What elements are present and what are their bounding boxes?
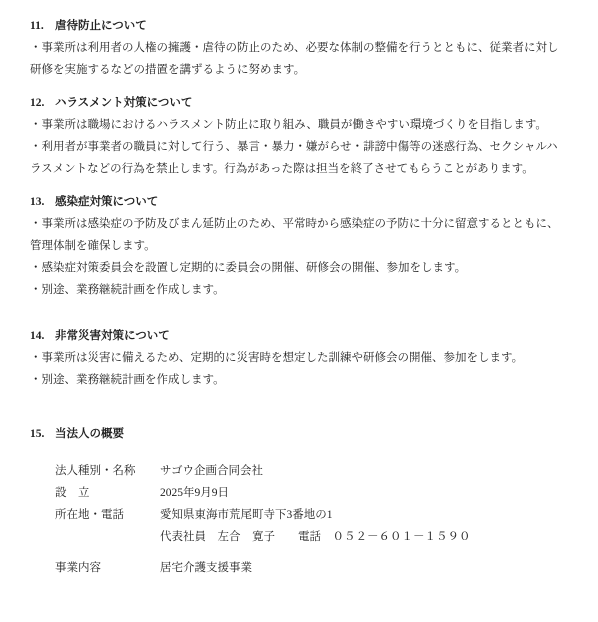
section-abuse-prevention: 11. 虐待防止について ・事業所は利用者の人権の擁護・虐待の防止のため、必要な… <box>30 15 570 81</box>
section-number: 13. <box>30 191 55 213</box>
paragraph-line: ・感染症対策委員会を設置し定期的に委員会の開催、研修会の開催、参加をします。 <box>30 257 570 279</box>
row-label <box>55 526 160 548</box>
row-label: 法人種別・名称 <box>55 460 160 482</box>
section-body: ・事業所は利用者の人権の擁護・虐待の防止のため、必要な体制の整備を行うとともに、… <box>30 37 570 81</box>
row-value: 2025年9月9日 <box>160 482 229 504</box>
paragraph-line: ・事業所は感染症の予防及びまん延防止のため、平常時から感染症の予防に十分に留意す… <box>30 213 570 235</box>
section-title: 感染症対策について <box>55 191 158 213</box>
row-value: サゴウ企画合同会社 <box>160 460 263 482</box>
section-title: ハラスメント対策について <box>55 92 192 114</box>
section-title: 虐待防止について <box>55 15 147 37</box>
table-row: 所在地・電話 愛知県東海市荒尾町寺下3番地の1 <box>55 504 570 526</box>
section-number: 12. <box>30 92 55 114</box>
section-number: 15. <box>30 423 55 445</box>
table-row: 事業内容 居宅介護支援事業 <box>55 557 570 579</box>
section-number: 14. <box>30 325 55 347</box>
table-row: 設 立 2025年9月9日 <box>55 482 570 504</box>
paragraph-line: ・利用者が事業者の職員に対して行う、暴言・暴力・嫌がらせ・誹謗中傷等の迷惑行為、… <box>30 136 570 158</box>
overview-table: 法人種別・名称 サゴウ企画合同会社 設 立 2025年9月9日 所在地・電話 愛… <box>30 460 570 579</box>
section-heading: 11. 虐待防止について <box>30 15 570 37</box>
paragraph-line: ・事業所は職場におけるハラスメント防止に取り組み、職員が働きやすい環境づくりを目… <box>30 114 570 136</box>
paragraph-line: ・事業所は利用者の人権の擁護・虐待の防止のため、必要な体制の整備を行うとともに、… <box>30 37 570 59</box>
section-title: 非常災害対策について <box>55 325 170 347</box>
row-label: 事業内容 <box>55 557 160 579</box>
section-heading: 13. 感染症対策について <box>30 191 570 213</box>
document-page: 11. 虐待防止について ・事業所は利用者の人権の擁護・虐待の防止のため、必要な… <box>0 0 598 622</box>
section-corporation-overview: 15. 当法人の概要 法人種別・名称 サゴウ企画合同会社 設 立 2025年9月… <box>30 423 570 579</box>
paragraph-line: 研修を実施するなどの措置を講ずるように努めます。 <box>30 59 570 81</box>
row-label: 所在地・電話 <box>55 504 160 526</box>
paragraph-line: ・別途、業務継続計画を作成します。 <box>30 279 570 301</box>
row-value: 愛知県東海市荒尾町寺下3番地の1 <box>160 504 333 526</box>
paragraph-line: ・事業所は災害に備えるため、定期的に災害時を想定した訓練や研修会の開催、参加をし… <box>30 347 570 369</box>
section-body: ・事業所は職場におけるハラスメント防止に取り組み、職員が働きやすい環境づくりを目… <box>30 114 570 180</box>
paragraph-line: ・別途、業務継続計画を作成します。 <box>30 369 570 391</box>
section-heading: 12. ハラスメント対策について <box>30 92 570 114</box>
section-infection-control: 13. 感染症対策について ・事業所は感染症の予防及びまん延防止のため、平常時か… <box>30 191 570 301</box>
paragraph-line: ラスメントなどの行為を禁止します。行為があった際は担当を終了させてもらうことがあ… <box>30 158 570 180</box>
table-row: 法人種別・名称 サゴウ企画合同会社 <box>55 460 570 482</box>
section-heading: 14. 非常災害対策について <box>30 325 570 347</box>
paragraph-line: 管理体制を確保します。 <box>30 235 570 257</box>
section-title: 当法人の概要 <box>55 423 124 445</box>
section-harassment: 12. ハラスメント対策について ・事業所は職場におけるハラスメント防止に取り組… <box>30 92 570 180</box>
table-row: 代表社員 左合 寛子 電話 ０５２－６０１－１５９０ <box>55 526 570 548</box>
section-number: 11. <box>30 15 55 37</box>
row-value: 居宅介護支援事業 <box>160 557 252 579</box>
section-body: ・事業所は感染症の予防及びまん延防止のため、平常時から感染症の予防に十分に留意す… <box>30 213 570 301</box>
row-label: 設 立 <box>55 482 160 504</box>
section-disaster-preparedness: 14. 非常災害対策について ・事業所は災害に備えるため、定期的に災害時を想定し… <box>30 325 570 391</box>
section-body: ・事業所は災害に備えるため、定期的に災害時を想定した訓練や研修会の開催、参加をし… <box>30 347 570 391</box>
row-value: 代表社員 左合 寛子 電話 ０５２－６０１－１５９０ <box>160 526 471 548</box>
section-heading: 15. 当法人の概要 <box>30 423 570 445</box>
